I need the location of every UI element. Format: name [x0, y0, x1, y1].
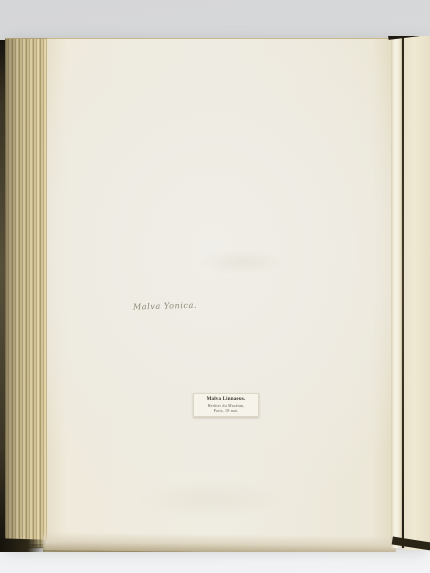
- page-bottom-edge-shadow: [43, 532, 396, 552]
- open-book: [0, 36, 430, 552]
- cover-board-edge-bottom: [392, 536, 430, 551]
- blank-left-page: [47, 38, 392, 546]
- page-gutter-fold: [391, 36, 402, 548]
- book-photograph: Malva Yonica. Malva Linnaeus. Herbier du…: [0, 0, 430, 573]
- page-stain: [137, 479, 287, 519]
- facing-page-strip: [404, 36, 430, 550]
- printed-specimen-label: Malva Linnaeus. Herbier du Muséum, Paris…: [193, 393, 259, 417]
- page-fore-edge-stack: [5, 38, 49, 548]
- page-stain: [197, 249, 287, 275]
- cover-board-corner-left: [0, 538, 46, 552]
- label-third-line: Paris, 18 mai.: [196, 408, 256, 413]
